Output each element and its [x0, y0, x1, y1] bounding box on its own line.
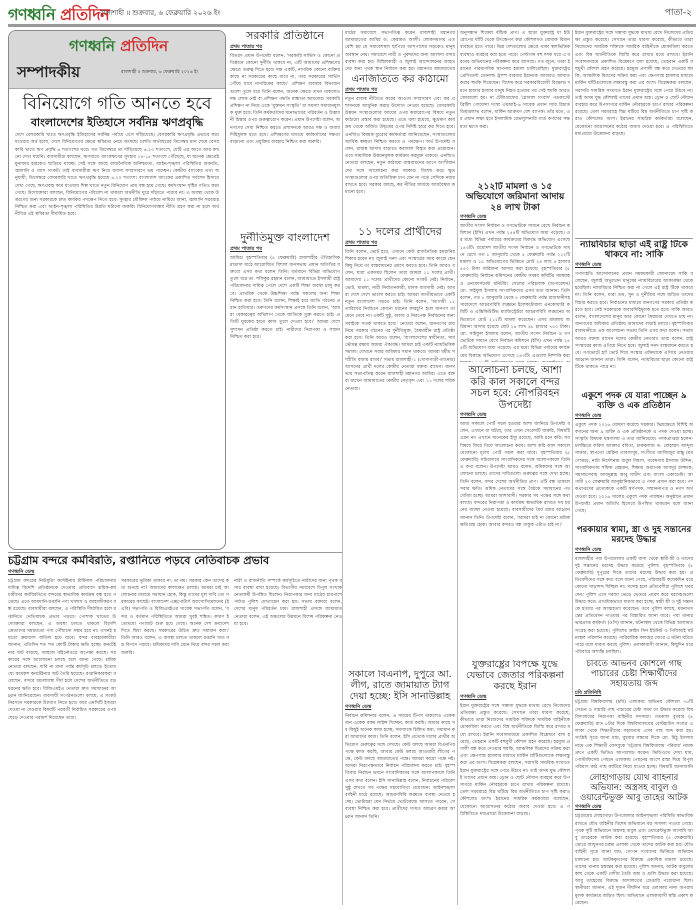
article-continuation-2: অনুসন্ধান শিকেল বাঁচিক প্রাণ। এ ছাড়া যু… [460, 30, 570, 180]
article-family: পরকীয়ার স্বামী, স্ত্রী ও দুই সন্তানের ম… [575, 526, 693, 656]
article-byline: প্রথম পাতার পর [345, 240, 455, 248]
article-body: নতুন রাজস্ব নীতিতে করের আওতা সম্প্রসারণ … [345, 96, 455, 197]
article-body: তিনি বলেন, ভোট হবে, এখানে কেউ রাজনৈতিক হ… [345, 249, 455, 393]
article-byline: গণধ্বনি ডেস্ক [460, 412, 570, 420]
article-byline: গণধ্বনি ডেস্ক [460, 694, 570, 702]
article-continuation-3: ইরান যুক্তরাষ্ট্রের সঙ্গে সম্ভাব্য যুদ্ধ… [575, 30, 693, 240]
article-byline: চবি প্রতিনিধি [575, 690, 693, 698]
article-byline: গণধ্বনি ডেস্ক [575, 547, 693, 555]
article-body: নির্বাচন কমিশনার বলেন, এ সময়ের টিপস থাক… [345, 713, 455, 821]
section-divider [8, 552, 342, 553]
article-headline[interactable]: চবিতে অভিনব কৌশলে গাছ পাচারের চেষ্টা শিক… [575, 660, 693, 689]
article-body: বিতরণ প্রধান উপদেষ্টা বলেন, 'সরকারি সার্… [230, 53, 340, 147]
column-divider [342, 30, 343, 905]
article-ekushe: একুশে পদক যে যারা পাচ্ছেন ৯ ব্যক্তি ও এক… [575, 392, 693, 522]
column-divider [457, 30, 458, 905]
article-body: রাজশাহীর পবা উপজেলায় একটি বাসা থেকে স্ব… [575, 556, 693, 656]
editorial-headline[interactable]: বিনিয়োগে গতি আনতে হবে [9, 95, 225, 115]
article-body: আমির। বৃহস্পতিবার (৫ ফেব্রুয়ারি) রাজশাহ… [230, 255, 340, 341]
article-body: একুশে পদক ২০২৬ ঘোষণা করেছে সরকার। ভিন্নক… [575, 422, 693, 516]
article-headline[interactable]: একুশে পদক যে যারা পাচ্ছেন ৯ ব্যক্তি ও এক… [575, 392, 693, 412]
editorial-section-title: সম্পাদকীয় [17, 61, 80, 86]
article-continuation: মাঠের সমাবেশে সভাপতিত্ব করেন রাজশাহী মহা… [345, 30, 455, 72]
article-port-talks: আলোচনা চলছে, আশা করি কাল সকালে বন্দর সচল… [460, 365, 570, 655]
article-body: চট্টগ্রাম বিশ্ববিদ্যালয় (চবি) এলাকায় অ… [575, 699, 693, 770]
editorial-logo-green: গণধ্বনি [69, 37, 115, 55]
article-headline[interactable]: ২১২টি মামলা ও ১৫ অভিযোগে জরিমানা আদায় ২… [460, 182, 570, 213]
editorial-logo: গণধ্বনি প্রতিদিন [69, 35, 168, 60]
article-body: মাঠের সমাবেশে সভাপতিত্ব করেন রাজশাহী মহা… [345, 30, 455, 72]
article-body: জাতীয় সংসদ নির্বাচন ও গণভোটকে সামনে রেখ… [460, 223, 570, 362]
article-byline: গণধ্বনি ডেস্ক [345, 704, 455, 712]
article-headline[interactable]: সরকারি প্রতিষ্ঠানে [230, 30, 340, 43]
article-byline: গণধ্বনি ডেস্ক [575, 804, 693, 812]
editorial-header: গণধ্বনি প্রতিদিন সম্পাদকীয় রাজশাহী ॥ শু… [9, 31, 225, 89]
article-body-col2: সরকারের ভূমিকা থাকবে না, তা নয়। সরকার ক… [121, 578, 229, 898]
logo-green-text: গণধ্বনি [8, 5, 55, 24]
article-byline: প্রথম পাতার পর [345, 87, 455, 95]
article-bnp: সকালে বিএনপি, দুপুরে আ. লীগ, রাতে জামায়… [345, 670, 455, 905]
article-headline[interactable]: সকালে বিএনপি, দুপুরে আ. লীগ, রাতে জামায়… [345, 670, 455, 703]
editorial-body: দেশে বেসরকারি খাতে ঋণপ্রবৃদ্ধি ইতিহাসের … [9, 129, 225, 549]
article-body-col1: চট্টগ্রাম বন্দরের নিউমুরিং কন্টেইনার টার… [8, 578, 116, 898]
article-body: আজ সকালে পোর্ট সচল হওয়ার আশা জানিয়ে উপ… [460, 421, 570, 529]
article-headline[interactable]: চট্টগ্রাম বন্দরে কর্মবিরতি, রপ্তানিতে পড… [8, 555, 343, 568]
article-byline: গণধ্বনি ডেস্ক [460, 214, 570, 222]
article-iran: যুক্তরাষ্ট্রের বিপক্ষে যুদ্ধে যেভাবে জেত… [460, 660, 570, 905]
article-byline: গণধ্বনি ডেস্ক [575, 262, 693, 270]
dateline: রাজশাহী ॥ শুক্রবার, ৬ ফেব্রুয়ারি ২০২৬ ই… [100, 7, 220, 19]
article-body-col3: নারী ও রাজনীতি সম্পর্কে কর্মসূচিতে নারীদ… [234, 578, 342, 898]
article-sorkari: সরকারি প্রতিষ্ঠানে প্রথম পাতার পর বিতরণ … [230, 30, 340, 230]
article-headline[interactable]: আলোচনা চলছে, আশা করি কাল সকালে বন্দর সচল… [460, 365, 570, 411]
article-byline: প্রথম পাতার পর [230, 246, 340, 254]
article-headline[interactable]: লোহাগাড়ায় যৌথ বাহিনীর অভিযান: অস্ত্রসহ… [575, 774, 693, 803]
article-byline: গণধ্বনি ডেস্ক [8, 569, 343, 577]
article-headline[interactable]: এনজিতিতে কর কাঠামো [345, 74, 455, 86]
article-sakib: ন্যায়বিচার ছাড়া এই রাষ্ট্র টিকে থাকবে … [575, 240, 693, 390]
article-byline: প্রথম পাতার পর [230, 44, 340, 52]
article-headline[interactable]: ১১ দলের প্রার্থীদের [345, 226, 455, 239]
editorial-subheadline: বাংলাদেশের ইতিহাসে সর্বনিম্ন ঋণপ্রবৃদ্ধি [9, 117, 225, 130]
editorial-box: গণধ্বনি প্রতিদিন সম্পাদকীয় রাজশাহী ॥ শু… [8, 30, 226, 550]
section-divider [575, 238, 693, 239]
article-arrest: লোহাগাড়ায় যৌথ বাহিনীর অভিযান: অস্ত্রসহ… [575, 774, 693, 905]
article-headline[interactable]: পরকীয়ার স্বামী, স্ত্রী ও দুই সন্তানের ম… [575, 526, 693, 546]
article-headline[interactable]: যুক্তরাষ্ট্রের বিপক্ষে যুদ্ধে যেভাবে জেত… [460, 660, 570, 693]
editorial-logo-red: প্রতিদিন [120, 37, 168, 55]
masthead: গণধ্বনি প্রতিদিন রাজশাহী ॥ শুক্রবার, ৬ ফ… [0, 0, 700, 22]
editorial-date: রাজশাহী ॥ শুক্রবার, ৬ ফেব্রুয়ারি ২০২৬ ই… [121, 69, 198, 76]
article-fines: ২১২টি মামলা ও ১৫ অভিযোগে জরিমানা আদায় ২… [460, 182, 570, 362]
article-body: ইরান যুক্তরাষ্ট্রের সঙ্গে সম্ভাব্য যুদ্ধ… [460, 703, 570, 818]
article-headline[interactable]: ন্যায়বিচার ছাড়া এই রাষ্ট্র টিকে থাকবে … [575, 240, 693, 261]
article-body: গণসংহতি আন্দোলনের প্রধান সমন্বয়কারী জোন… [575, 271, 693, 372]
article-headline[interactable]: দুর্নীতিমুক্ত বাংলাদেশ [230, 232, 340, 245]
article-eleven-parties: ১১ দলের প্রার্থীদের প্রথম পাতার পর তিনি … [345, 226, 455, 666]
article-body: চট্টগ্রামের লোহাগাড়া উপজেলার আইনশৃঙ্খলা… [575, 813, 693, 905]
article-body: অনুসন্ধান শিকেল বাঁচিক প্রাণ। এ ছাড়া যু… [460, 30, 570, 131]
article-byline: গণধ্বনি ডেস্ক [575, 413, 693, 421]
article-chobi: চবিতে অভিনব কৌশলে গাছ পাচারের চেষ্টা শিক… [575, 660, 693, 770]
page-number: পাতা-২ [665, 5, 692, 20]
article-chittagong-port: চট্টগ্রাম বন্দরে কর্মবিরতি, রপ্তানিতে পড… [8, 555, 343, 905]
article-body: ইরান যুক্তরাষ্ট্রের সঙ্গে সম্ভাব্য যুদ্ধ… [575, 30, 693, 138]
masthead-rule [8, 24, 696, 27]
column-divider [572, 30, 573, 905]
article-tax: এনজিতিতে কর কাঠামো প্রথম পাতার পর নতুন র… [345, 74, 455, 224]
